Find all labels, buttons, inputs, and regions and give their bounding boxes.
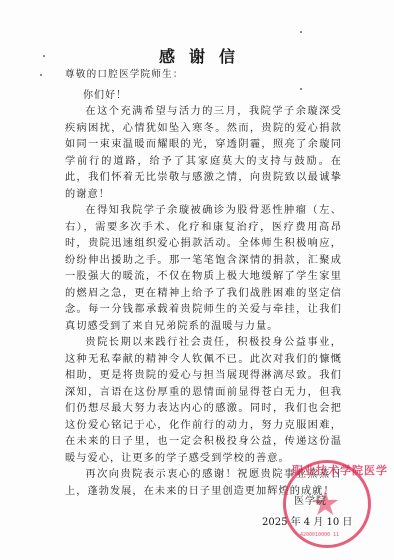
scan-speck <box>300 88 302 90</box>
letter-title: 感谢信 <box>0 44 394 67</box>
signature: 医学院 <box>294 492 327 507</box>
salutation: 尊敬的口腔医学院师生： <box>65 66 184 80</box>
letter-body: 在这个充满希望与活力的三月，我院学子余璇深受疾病困扰，心情犹如坠入寒冬。然而，贵… <box>65 104 342 500</box>
scan-speck <box>300 31 302 33</box>
scan-speck <box>40 74 42 76</box>
letter-page: 感谢信 尊敬的口腔医学院师生： 你们好！ 在这个充满希望与活力的三月，我院学子余… <box>0 0 394 560</box>
paragraph: 在得知我院学子余璇被确诊为股骨恶性肿瘤（左、右），需要多次手术、化疗和康复治疗，… <box>65 203 342 335</box>
scan-speck <box>43 55 45 57</box>
greeting: 你们好！ <box>83 86 127 101</box>
letter-date: 2025 年 4 月 10 日 <box>262 513 352 528</box>
paragraph: 在这个充满希望与活力的三月，我院学子余璇深受疾病困扰，心情犹如坠入寒冬。然而，贵… <box>65 104 342 203</box>
seal-code: 4200010000 11 <box>300 532 339 538</box>
paragraph: 贵院长期以来践行社会责任，积极投身公益事业，这种无私奉献的精神令人钦佩不已。此次… <box>65 335 342 467</box>
seal-text: 职业技术学院医学 <box>292 462 388 478</box>
